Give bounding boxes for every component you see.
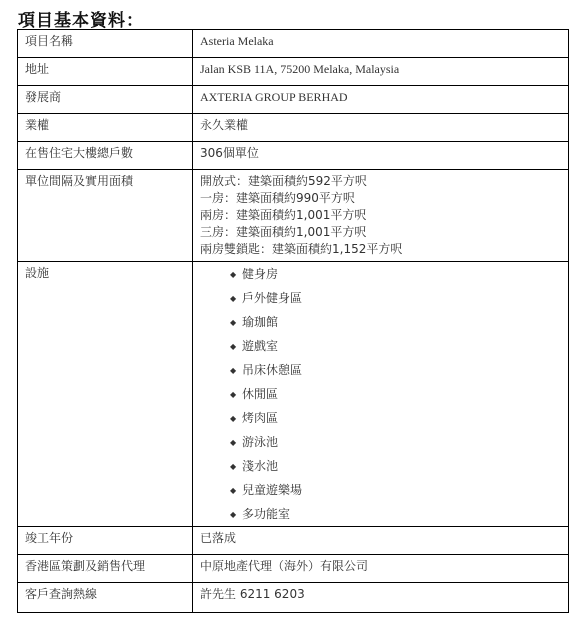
label-tenure: 業權: [18, 114, 193, 142]
list-item: ◆瑜珈館: [230, 310, 561, 334]
list-item: ◆烤肉區: [230, 406, 561, 430]
layout-line: 兩房雙鎖匙：建築面積約1,152平方呎: [200, 241, 561, 258]
value-sales-agent: 中原地產代理（海外）有限公司: [193, 555, 569, 583]
project-info-table: 項目名稱 Asteria Melaka 地址 Jalan KSB 11A, 75…: [17, 29, 569, 613]
label-total-units: 在售住宅大樓總戶數: [18, 142, 193, 170]
label-project-name: 項目名稱: [18, 30, 193, 58]
value-facilities: ◆健身房 ◆戶外健身區 ◆瑜珈館 ◆遊戲室 ◆吊床休憩區 ◆休閒區 ◆烤肉區 ◆…: [193, 262, 569, 527]
facilities-list: ◆健身房 ◆戶外健身區 ◆瑜珈館 ◆遊戲室 ◆吊床休憩區 ◆休閒區 ◆烤肉區 ◆…: [200, 262, 561, 526]
bullet-icon: ◆: [230, 359, 242, 383]
table-row-developer: 發展商 AXTERIA GROUP BERHAD: [18, 86, 569, 114]
label-unit-layouts: 單位間隔及實用面積: [18, 170, 193, 262]
table-row-hotline: 客戶查詢熱線 許先生 6211 6203: [18, 583, 569, 613]
list-item: ◆休閒區: [230, 382, 561, 406]
bullet-icon: ◆: [230, 503, 242, 527]
layout-line: 一房：建築面積約990平方呎: [200, 190, 561, 207]
table-row-tenure: 業權 永久業權: [18, 114, 569, 142]
table-row-sales-agent: 香港區策劃及銷售代理 中原地產代理（海外）有限公司: [18, 555, 569, 583]
table-row-completion: 竣工年份 已落成: [18, 527, 569, 555]
value-unit-layouts: 開放式：建築面積約592平方呎 一房：建築面積約990平方呎 兩房：建築面積約1…: [193, 170, 569, 262]
label-hotline: 客戶查詢熱線: [18, 583, 193, 613]
bullet-icon: ◆: [230, 407, 242, 431]
list-item: ◆健身房: [230, 262, 561, 286]
layout-line: 三房：建築面積約1,001平方呎: [200, 224, 561, 241]
table-row-address: 地址 Jalan KSB 11A, 75200 Melaka, Malaysia: [18, 58, 569, 86]
layout-line: 開放式：建築面積約592平方呎: [200, 173, 561, 190]
label-completion: 竣工年份: [18, 527, 193, 555]
bullet-icon: ◆: [230, 263, 242, 287]
list-item: ◆多功能室: [230, 502, 561, 526]
bullet-icon: ◆: [230, 455, 242, 479]
table-row-project-name: 項目名稱 Asteria Melaka: [18, 30, 569, 58]
label-developer: 發展商: [18, 86, 193, 114]
list-item: ◆吊床休憩區: [230, 358, 561, 382]
list-item: ◆兒童遊樂場: [230, 478, 561, 502]
list-item: ◆游泳池: [230, 430, 561, 454]
bullet-icon: ◆: [230, 335, 242, 359]
list-item: ◆戶外健身區: [230, 286, 561, 310]
table-row-unit-layouts: 單位間隔及實用面積 開放式：建築面積約592平方呎 一房：建築面積約990平方呎…: [18, 170, 569, 262]
value-total-units: 306個單位: [193, 142, 569, 170]
bullet-icon: ◆: [230, 479, 242, 503]
list-item: ◆淺水池: [230, 454, 561, 478]
table-row-total-units: 在售住宅大樓總戶數 306個單位: [18, 142, 569, 170]
section-title: 項目基本資料：: [18, 6, 144, 31]
bullet-icon: ◆: [230, 383, 242, 407]
label-facilities: 設施: [18, 262, 193, 527]
value-address: Jalan KSB 11A, 75200 Melaka, Malaysia: [193, 58, 569, 86]
bullet-icon: ◆: [230, 431, 242, 455]
table-row-facilities: 設施 ◆健身房 ◆戶外健身區 ◆瑜珈館 ◆遊戲室 ◆吊床休憩區 ◆休閒區 ◆烤肉…: [18, 262, 569, 527]
list-item: ◆遊戲室: [230, 334, 561, 358]
value-tenure: 永久業權: [193, 114, 569, 142]
label-address: 地址: [18, 58, 193, 86]
value-developer: AXTERIA GROUP BERHAD: [193, 86, 569, 114]
bullet-icon: ◆: [230, 311, 242, 335]
layout-line: 兩房：建築面積約1,001平方呎: [200, 207, 561, 224]
value-completion: 已落成: [193, 527, 569, 555]
label-sales-agent: 香港區策劃及銷售代理: [18, 555, 193, 583]
bullet-icon: ◆: [230, 287, 242, 311]
value-project-name: Asteria Melaka: [193, 30, 569, 58]
value-hotline: 許先生 6211 6203: [193, 583, 569, 613]
